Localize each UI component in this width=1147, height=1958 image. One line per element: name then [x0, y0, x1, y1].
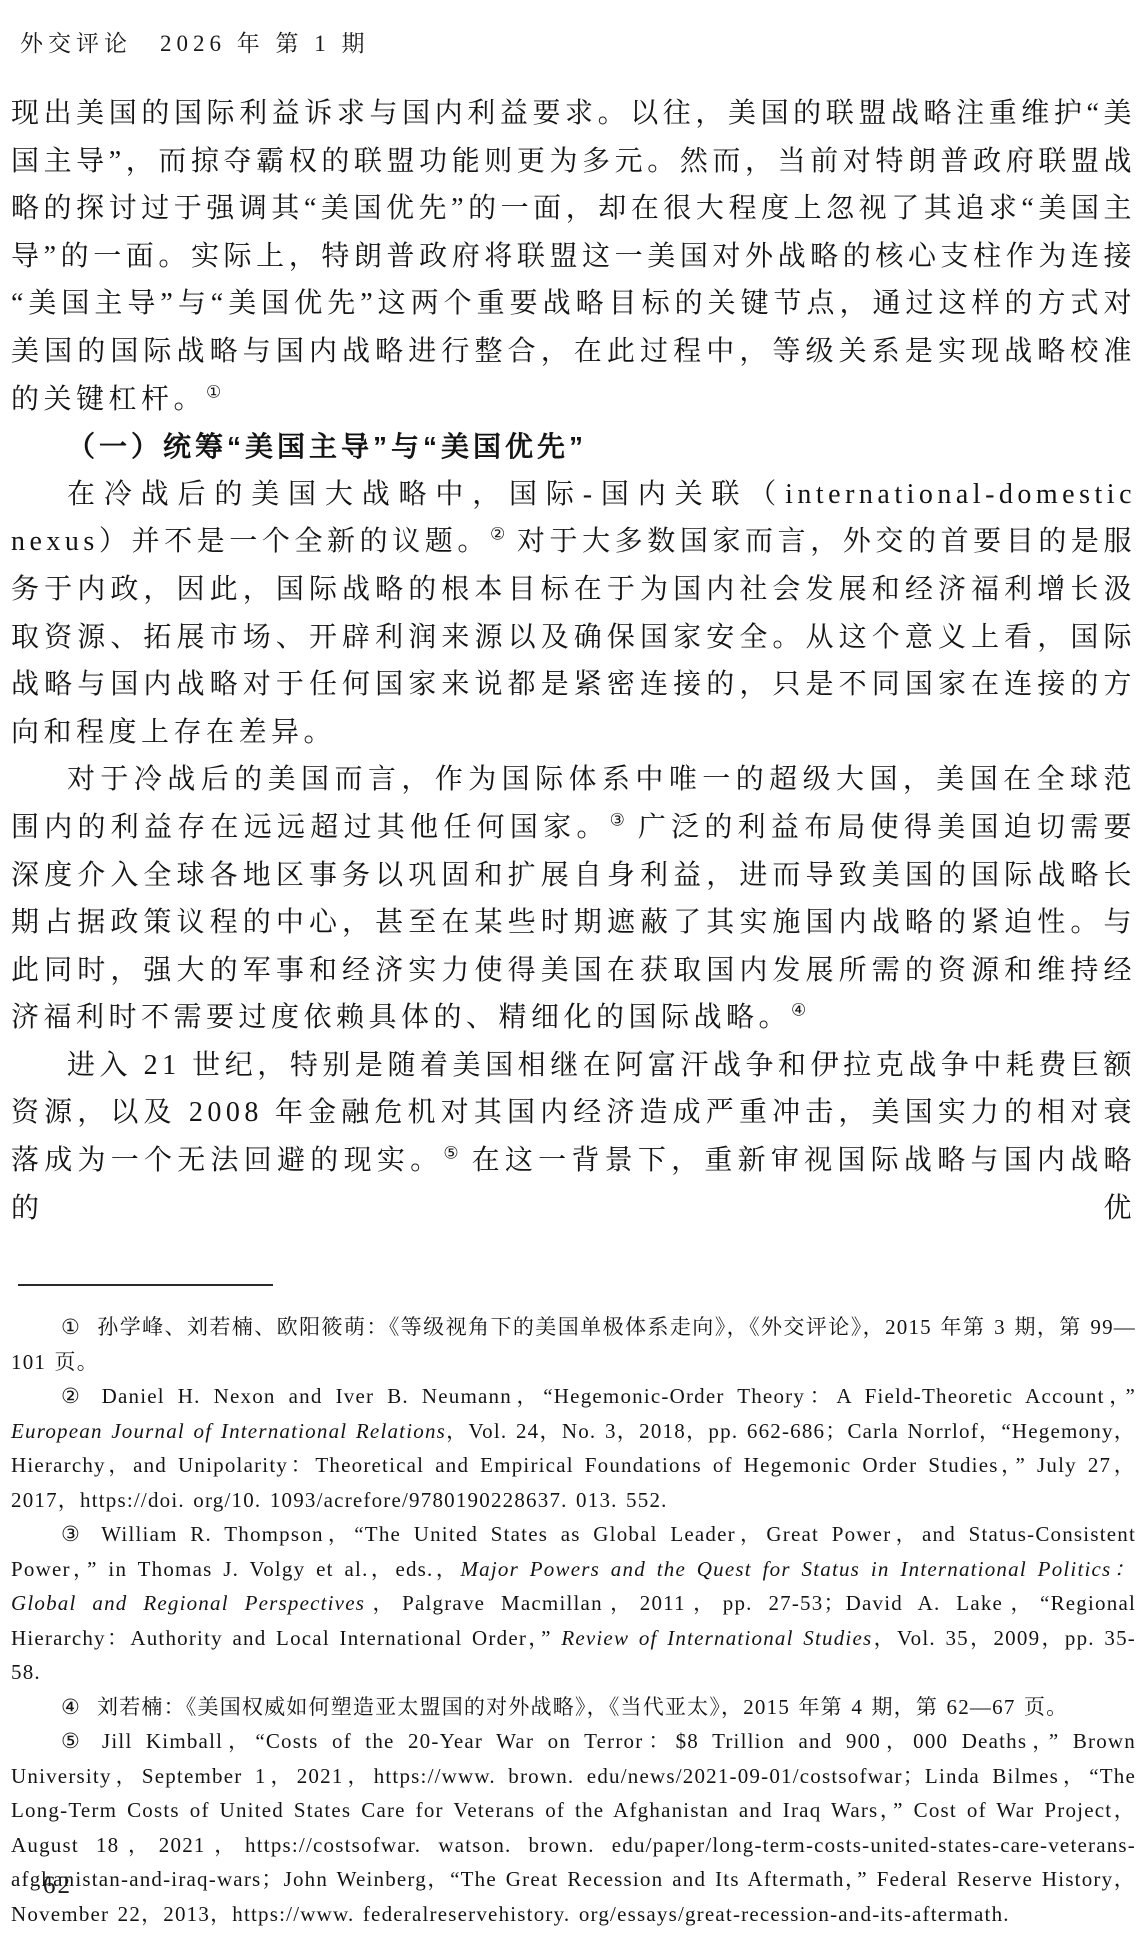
text-run: 孙学峰、刘若楠、欧阳筱萌：《等级视角下的美国单极体系走向》，《外交评论》，201… — [11, 1315, 1136, 1374]
body-paragraph: 在冷战后的美国大战略中，国际-国内关联（international-domest… — [11, 471, 1136, 757]
article-body: 现出美国的国际利益诉求与国内利益要求。以往，美国的联盟战略注重维护“美国主导”，… — [11, 90, 1136, 1232]
section-heading: （一）统筹“美国主导”与“美国优先” — [11, 423, 1136, 471]
page-number: 62 — [43, 1872, 72, 1900]
footnote-ref: ① — [206, 382, 221, 401]
footnote-marker: ③ — [61, 1522, 85, 1546]
text-run: Jill Kimball，“Costs of the 20-Year War o… — [11, 1729, 1136, 1926]
text-run: 现出美国的国际利益诉求与国内利益要求。以往，美国的联盟战略注重维护“美国主导”，… — [11, 98, 1136, 415]
footnote-ref: ② — [490, 525, 505, 544]
text-run: （一）统筹“美国主导”与“美国优先” — [67, 431, 587, 462]
footnote: ⑤Jill Kimball，“Costs of the 20-Year War … — [11, 1724, 1136, 1931]
text-run: Daniel H. Nexon and Iver B. Neumann，“Heg… — [102, 1384, 1136, 1408]
footnote: ④刘若楠：《美国权威如何塑造亚太盟国的对外战略》，《当代亚太》，2015 年第 … — [11, 1690, 1136, 1725]
body-paragraph: 对于冷战后的美国而言，作为国际体系中唯一的超级大国，美国在全球范围内的利益存在远… — [11, 756, 1136, 1042]
text-run: 刘若楠：《美国权威如何塑造亚太盟国的对外战略》，《当代亚太》，2015 年第 4… — [97, 1695, 1068, 1719]
journal-page: 外交评论 2026 年 第 1 期 现出美国的国际利益诉求与国内利益要求。以往，… — [0, 0, 1147, 1958]
footnote-ref: ③ — [610, 811, 626, 830]
footnote-separator — [18, 1284, 273, 1286]
body-paragraph: 现出美国的国际利益诉求与国内利益要求。以往，美国的联盟战略注重维护“美国主导”，… — [11, 90, 1136, 423]
footnote-ref: ④ — [791, 1001, 806, 1020]
footnote-ref: ⑤ — [443, 1144, 459, 1163]
journal-header: 外交评论 2026 年 第 1 期 — [11, 26, 1136, 62]
text-run: European Journal of International Relati… — [11, 1419, 446, 1443]
body-paragraph: 进入 21 世纪，特别是随着美国相继在阿富汗战争和伊拉克战争中耗费巨额资源，以及… — [11, 1042, 1136, 1232]
footnote-marker: ④ — [61, 1695, 81, 1719]
footnote: ②Daniel H. Nexon and Iver B. Neumann，“He… — [11, 1379, 1136, 1517]
footnotes-section: ①孙学峰、刘若楠、欧阳筱萌：《等级视角下的美国单极体系走向》，《外交评论》，20… — [11, 1310, 1136, 1931]
footnote-marker: ② — [61, 1384, 86, 1408]
text-run: 广泛的利益布局使得美国迫切需要深度介入全球各地区事务以巩固和扩展自身利益，进而导… — [11, 812, 1136, 1033]
text-run: 对于大多数国家而言，外交的首要目的是服务于内政，因此，国际战略的根本目标在于为国… — [11, 526, 1136, 747]
footnote-marker: ⑤ — [61, 1729, 86, 1753]
footnote: ③William R. Thompson，“The United States … — [11, 1517, 1136, 1690]
footnote: ①孙学峰、刘若楠、欧阳筱萌：《等级视角下的美国单极体系走向》，《外交评论》，20… — [11, 1310, 1136, 1379]
footnote-marker: ① — [61, 1315, 81, 1339]
text-run: Review of International Studies — [561, 1626, 872, 1650]
